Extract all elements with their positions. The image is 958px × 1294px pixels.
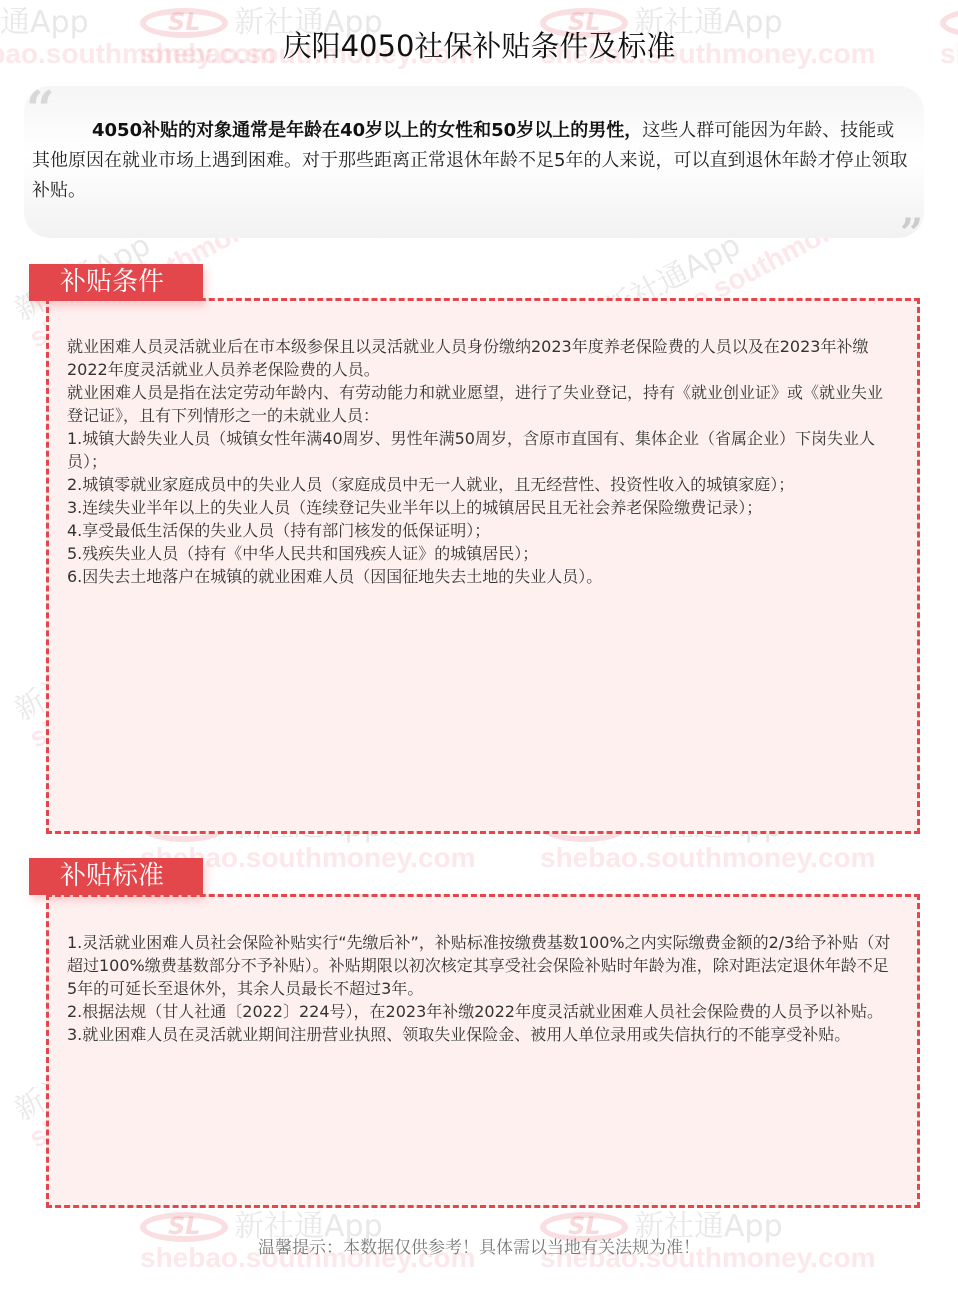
conditions-paragraph: 就业困难人员是指在法定劳动年龄内、有劳动能力和就业愿望，进行了失业登记，持有《就… bbox=[67, 380, 897, 426]
standards-list-item: 3.就业困难人员在灵活就业期间注册营业执照、领取失业保险金、被用人单位录用或失信… bbox=[67, 1022, 897, 1045]
page-title: 庆阳4050社保补贴条件及标准 bbox=[0, 24, 958, 65]
close-quote-icon: ” bbox=[900, 214, 923, 254]
intro-text: 4050补贴的对象通常是年龄在40岁以上的女性和50岁以上的男性，这些人群可能因… bbox=[32, 116, 910, 206]
watermark-url: shebao.southmoney.com bbox=[540, 844, 876, 872]
section-heading-conditions: 补贴条件 bbox=[29, 264, 203, 301]
intro-bold-text: 4050补贴的对象通常是年龄在40岁以上的女性和50岁以上的男性， bbox=[92, 120, 642, 141]
conditions-paragraph: 就业困难人员灵活就业后在市本级参保且以灵活就业人员身份缴纳2023年度养老保险费… bbox=[67, 334, 897, 380]
section-heading-standards: 补贴标准 bbox=[29, 858, 203, 895]
disclaimer-note: 温馨提示：本数据仅供参考！具体需以当地有关法规为准！ bbox=[0, 1233, 958, 1258]
conditions-list-item: 1.城镇大龄失业人员（城镇女性年满40周岁、男性年满50周岁，含原市直国有、集体… bbox=[67, 426, 897, 472]
standards-list-item: 2.根据法规（甘人社通〔2022〕224号），在2023年补缴2022年度灵活就… bbox=[67, 999, 897, 1022]
conditions-content: 就业困难人员灵活就业后在市本级参保且以灵活就业人员身份缴纳2023年度养老保险费… bbox=[67, 334, 897, 587]
standards-content: 1.灵活就业困难人员社会保险补贴实行“先缴后补”，补贴标准按缴费基数100%之内… bbox=[67, 930, 897, 1045]
conditions-list-item: 3.连续失业半年以上的失业人员（连续登记失业半年以上的城镇居民且无社会养老保险缴… bbox=[67, 495, 897, 518]
conditions-list-item: 6.因失去土地落户在城镇的就业困难人员（因国征地失去土地的失业人员）。 bbox=[67, 564, 897, 587]
conditions-list-item: 2.城镇零就业家庭成员中的失业人员（家庭成员中无一人就业，且无经营性、投资性收入… bbox=[67, 472, 897, 495]
conditions-list-item: 4.享受最低生活保的失业人员（持有部门核发的低保证明）； bbox=[67, 518, 897, 541]
conditions-list-item: 5.残疾失业人员（持有《中华人民共和国残疾人证》的城镇居民）； bbox=[67, 541, 897, 564]
standards-list-item: 1.灵活就业困难人员社会保险补贴实行“先缴后补”，补贴标准按缴费基数100%之内… bbox=[67, 930, 897, 999]
